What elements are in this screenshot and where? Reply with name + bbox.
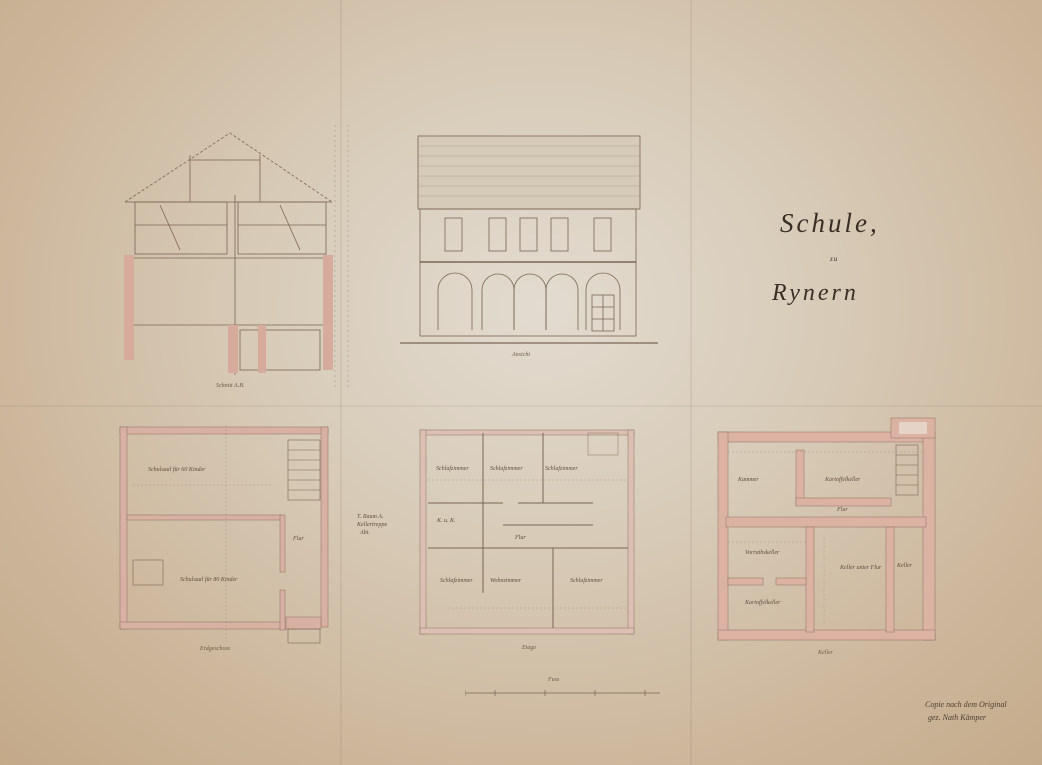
margin-note: Abt. bbox=[360, 530, 370, 536]
room-label: Schulsaal für 80 Kinder bbox=[180, 577, 238, 583]
room-label: Schlafzimmer bbox=[490, 466, 523, 472]
ground-floor-plan bbox=[118, 425, 333, 645]
upper-floor-plan bbox=[418, 428, 638, 638]
room-label: Kartoffelkeller bbox=[825, 477, 860, 483]
cellar-caption: Keller bbox=[818, 650, 833, 656]
room-label: Schlafzimmer bbox=[436, 466, 469, 472]
scale-bar bbox=[465, 685, 665, 697]
room-label: Kammer bbox=[738, 477, 759, 483]
room-label: K. u. K. bbox=[437, 518, 456, 524]
place-name: Rynern bbox=[772, 280, 859, 307]
signature-note-line1: Copie nach dem Original bbox=[925, 700, 1007, 709]
margin-note: T. Raum A. bbox=[357, 514, 383, 520]
margin-note: Kellertreppe bbox=[357, 522, 387, 528]
room-label: Flur bbox=[515, 535, 526, 541]
room-label: Kartoffelkeller bbox=[745, 600, 780, 606]
room-label: Schlafzimmer bbox=[440, 578, 473, 584]
room-label: Schulsaal für 60 Kinder bbox=[148, 467, 206, 473]
room-label: Keller bbox=[897, 563, 912, 569]
cellar-plan bbox=[716, 410, 941, 645]
elevation-drawing bbox=[400, 130, 660, 350]
room-label: Wohnzimmer bbox=[490, 578, 521, 584]
room-label: Keller unter Flur bbox=[840, 565, 881, 571]
room-label: Schlafzimmer bbox=[570, 578, 603, 584]
sheet-title: Schule, bbox=[780, 208, 880, 239]
section-caption: Schnitt A.B. bbox=[216, 383, 244, 389]
upper-floor-caption: Etage bbox=[522, 645, 536, 651]
paper-sheet: Schnitt A.B. bbox=[0, 0, 1042, 765]
room-label: Flur bbox=[293, 536, 304, 542]
ground-floor-caption: Erdgeschoss bbox=[200, 646, 230, 652]
signature-note-line2: gez. Nath Kämper bbox=[928, 713, 986, 722]
scale-bar-label: Fuss bbox=[548, 677, 559, 683]
fold-line bbox=[0, 405, 1042, 407]
elevation-caption: Ansicht bbox=[512, 352, 530, 358]
room-label: Flur bbox=[837, 507, 848, 513]
room-label: Vorrathskeller bbox=[745, 550, 779, 556]
section-drawing bbox=[110, 125, 360, 390]
fold-line bbox=[690, 0, 692, 765]
title-connector: zu bbox=[830, 255, 838, 263]
room-label: Schlafzimmer bbox=[545, 466, 578, 472]
